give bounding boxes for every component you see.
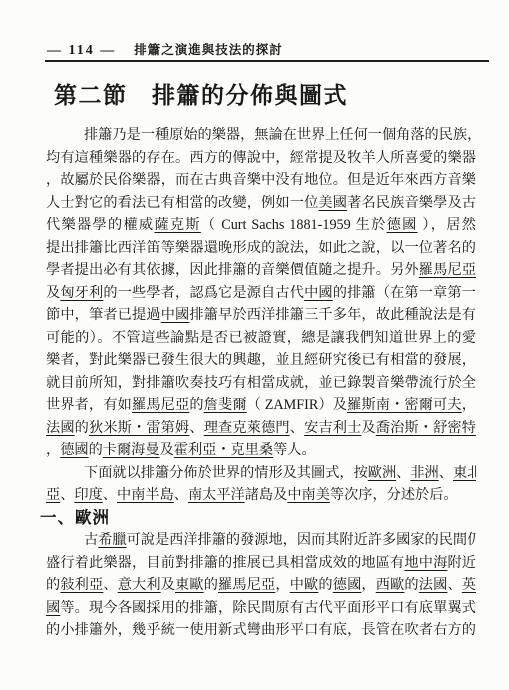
text-line: 學者提出必有其依據，因此排簫的音樂價值隨之提升。另外羅馬尼亞 xyxy=(46,259,476,282)
proper-noun-underlined: 國 xyxy=(46,600,60,616)
proper-noun-underlined: 德國 xyxy=(60,442,88,458)
text-segment: 的排簫（在第一章第一 xyxy=(333,285,476,301)
proper-noun-underlined: 地中海 xyxy=(404,555,447,571)
text-line: 世界者，有如羅馬尼亞的詹斐爾（ ZAMFIR）及羅斯南・密爾可夫， xyxy=(46,394,476,417)
text-segment: 的 xyxy=(318,577,332,593)
text-segment: 可能的）。不管這些論點是否已被證實，總是讓我們知道世界上的愛 xyxy=(46,330,476,346)
proper-noun-underlined: 希臘 xyxy=(98,532,126,548)
text-segment: ， xyxy=(46,442,60,458)
text-segment: 均有這種樂器的存在。西方的傳說中，經常提及牧羊人所喜愛的樂器 xyxy=(46,150,476,166)
text-segment: 、 xyxy=(60,487,74,503)
text-segment: 及 xyxy=(46,285,60,301)
text-line: 法國的狄米斯・雷第姆、理查克萊德門、安吉利士及喬治斯・舒密特 xyxy=(46,417,476,440)
proper-noun-underlined: 東歐 xyxy=(175,577,204,593)
text-line: 樂者，對此樂器已發生很大的興趣，並且經研究後已有相當的發展， xyxy=(46,349,476,372)
text-segment: 人士對它的看法已有相當的改變，例如一位 xyxy=(46,195,318,211)
proper-noun-underlined: 歐洲 xyxy=(368,465,396,481)
proper-noun-underlined: 理查克萊德門 xyxy=(204,420,290,436)
text-segment: 的 xyxy=(46,577,60,593)
text-segment: （ Curt Sachs 1881-1959 生於 xyxy=(201,217,387,233)
text-segment: 的小排簫外，幾乎統一使用新式彎曲形平口有底，長管在吹者右方的 xyxy=(46,622,476,638)
text-segment: 及 xyxy=(160,442,174,458)
text-segment: 、 xyxy=(189,420,203,436)
text-segment: 的 xyxy=(189,397,203,413)
proper-noun-underlined: 印度 xyxy=(74,487,102,503)
subsection-heading: 一、歐洲 xyxy=(40,507,476,530)
proper-noun-underlined: 羅馬尼亞 xyxy=(419,262,476,278)
running-title: 排簫之演進與技法的探討 xyxy=(134,40,283,58)
text-line: 下面就以排簫分佈於世界的情形及其圖式，按歐洲、非洲、東北 xyxy=(46,462,476,485)
text-segment: 樂者，對此樂器已發生很大的興趣，並且經研究後已有相當的發展， xyxy=(46,352,476,368)
text-segment: 等次序，分述於后。 xyxy=(330,487,458,503)
text-segment: ， xyxy=(361,577,375,593)
text-segment: 一、歐洲 xyxy=(40,508,110,527)
header-rule xyxy=(45,60,489,62)
text-line: 可能的）。不管這些論點是否已被證實，總是讓我們知道世界上的愛 xyxy=(46,327,476,350)
text-segment: ，故屬於民俗樂器，而在古典音樂中没有地位。但是近年來西方音樂 xyxy=(46,172,476,188)
text-segment: 節中，筆者已提過 xyxy=(46,307,161,323)
text-segment: 古 xyxy=(84,532,98,548)
text-line: 均有這種樂器的存在。西方的傳說中，經常提及牧羊人所喜愛的樂器 xyxy=(46,147,476,170)
text-segment: 等人。 xyxy=(273,442,316,458)
proper-noun-underlined: 東北 xyxy=(453,465,476,481)
text-segment: 、 xyxy=(103,577,117,593)
proper-noun-underlined: 霍利亞・克里桑 xyxy=(174,442,273,458)
text-segment: 學者提出必有其依據，因此排簫的音樂價值隨之提升。另外 xyxy=(46,262,419,278)
text-line: 人士對它的看法已有相當的改變，例如一位美國著名民族音樂學及古 xyxy=(46,192,476,215)
proper-noun-underlined: 詹斐爾 xyxy=(204,397,247,413)
proper-noun-underlined: 意大利 xyxy=(118,577,161,593)
text-segment: 排簫乃是一種原始的樂器，無論在世界上任何一個角落的民族， xyxy=(84,127,476,143)
text-line: 盛行着此樂器，目前對排簫的推展已具相當成效的地區有地中海附近 xyxy=(46,552,476,575)
text-segment: 盛行着此樂器，目前對排簫的推展已具相當成效的地區有 xyxy=(46,555,404,571)
text-line: ，故屬於民俗樂器，而在古典音樂中没有地位。但是近年來西方音樂 xyxy=(46,169,476,192)
text-line: 就目前所知，對排簫吹奏技巧有相當成就，並已錄製音樂帶流行於全 xyxy=(46,372,476,395)
text-segment: 、 xyxy=(439,465,453,481)
text-line: 代樂器學的權威薩克斯（ Curt Sachs 1881-1959 生於德國 ），… xyxy=(46,214,476,237)
proper-noun-underlined: 非洲 xyxy=(410,465,438,481)
text-segment: 的 xyxy=(75,420,89,436)
proper-noun-underlined: 狄米斯・雷第姆 xyxy=(89,420,189,436)
proper-noun-underlined: 中歐 xyxy=(290,577,319,593)
proper-noun-underlined: 西歐 xyxy=(376,577,405,593)
proper-noun-underlined: 薩克斯 xyxy=(154,217,200,233)
proper-noun-underlined: 法國 xyxy=(419,577,448,593)
text-segment: 著名民族音樂學及古 xyxy=(347,195,476,211)
text-line: 的小排簫外，幾乎統一使用新式彎曲形平口有底，長管在吹者右方的 xyxy=(46,619,476,642)
text-segment: 排簫早於西洋排簫三千多年，故此種說法是有 xyxy=(189,307,476,323)
text-segment: 世界者，有如 xyxy=(46,397,132,413)
proper-noun-underlined: 美國 xyxy=(318,195,347,211)
proper-noun-underlined: 法國 xyxy=(46,420,75,436)
text-line: 提出排簫比西洋笛等樂器還晚形成的說法，如此之說，以一位著名的 xyxy=(46,237,476,260)
text-segment: 、 xyxy=(290,420,304,436)
proper-noun-underlined: 羅馬尼亞 xyxy=(218,577,275,593)
text-segment: ），居然 xyxy=(418,217,476,233)
scanned-book-page: — 114 — 排簫之演進與技法的探討 第二節 排簫的分佈與圖式 排簫乃是一種原… xyxy=(0,0,509,690)
text-segment: 、 xyxy=(103,487,117,503)
proper-noun-underlined: 中南半島 xyxy=(117,487,174,503)
text-segment: 及 xyxy=(361,420,375,436)
proper-noun-underlined: 匈牙利 xyxy=(60,285,103,301)
page-number: — 114 — xyxy=(47,43,116,59)
text-segment: 下面就以排簫分佈於世界的情形及其圖式，按 xyxy=(84,465,368,481)
proper-noun-underlined: 中國 xyxy=(304,285,333,301)
text-segment: 、 xyxy=(174,487,188,503)
proper-noun-underlined: 德國 xyxy=(333,577,362,593)
text-segment: 附近 xyxy=(447,555,476,571)
text-line: 及匈牙利的一些學者，認爲它是源自古代中國的排簫（在第一章第一 xyxy=(46,282,476,305)
text-line: 的敍利亞、意大利及東歐的羅馬尼亞，中歐的德國，西歐的法國、英 xyxy=(46,574,476,597)
text-segment: 代樂器學的權威 xyxy=(46,217,154,233)
section-title: 第二節 排簫的分佈與圖式 xyxy=(54,77,348,110)
text-segment: 的 xyxy=(204,577,218,593)
body-text: 排簫乃是一種原始的樂器，無論在世界上任何一個角落的民族，均有這種樂器的存在。西方… xyxy=(46,124,476,642)
text-segment: ， xyxy=(462,397,476,413)
proper-noun-underlined: 安吉利士 xyxy=(304,420,361,436)
text-line: 古希臘可說是西洋排簫的發源地，因而其附近許多國家的民間仍 xyxy=(46,529,476,552)
proper-noun-underlined: 南太平洋 xyxy=(188,487,245,503)
text-segment: 的 xyxy=(89,442,103,458)
proper-noun-underlined: 中南美 xyxy=(287,487,330,503)
proper-noun-underlined: 羅馬尼亞 xyxy=(132,397,189,413)
text-segment: 、 xyxy=(396,465,410,481)
text-segment: 諸島及 xyxy=(245,487,288,503)
proper-noun-underlined: 喬治斯・舒密特 xyxy=(376,420,476,436)
proper-noun-underlined: 敍利亞 xyxy=(60,577,103,593)
proper-noun-underlined: 英 xyxy=(462,577,476,593)
text-segment: 的一些學者，認爲它是源自古代 xyxy=(103,285,304,301)
page-header: — 114 — 排簫之演進與技法的探討 xyxy=(47,40,283,59)
text-line: 排簫乃是一種原始的樂器，無論在世界上任何一個角落的民族， xyxy=(46,124,476,147)
text-segment: （ ZAMFIR）及 xyxy=(247,397,347,413)
proper-noun-underlined: 中國 xyxy=(161,307,190,323)
text-line: ，德國的卡爾海曼及霍利亞・克里桑等人。 xyxy=(46,439,476,462)
text-segment: 的 xyxy=(404,577,418,593)
text-segment: 提出排簫比西洋笛等樂器還晚形成的說法，如此之說，以一位著名的 xyxy=(46,240,476,256)
text-segment: ， xyxy=(275,577,289,593)
text-segment: 就目前所知，對排簫吹奏技巧有相當成就，並已錄製音樂帶流行於全 xyxy=(46,375,476,391)
proper-noun-underlined: 亞 xyxy=(46,487,60,503)
text-segment: 及 xyxy=(161,577,175,593)
text-line: 亞、印度、中南半島、南太平洋諸島及中南美等次序，分述於后。 xyxy=(46,484,476,507)
proper-noun-underlined: 卡爾海曼 xyxy=(103,442,160,458)
proper-noun-underlined: 羅斯南・密爾可夫 xyxy=(347,397,462,413)
text-segment: 、 xyxy=(447,577,461,593)
text-segment: 可說是西洋排簫的發源地，因而其附近許多國家的民間仍 xyxy=(127,532,476,548)
text-line: 節中，筆者已提過中國排簫早於西洋排簫三千多年，故此種說法是有 xyxy=(46,304,476,327)
proper-noun-underlined: 德國 xyxy=(387,217,418,233)
text-segment: 等。現今各國採用的排簫，除民間原有古代平面形平口有底單翼式 xyxy=(60,600,476,616)
text-line: 國等。現今各國採用的排簫，除民間原有古代平面形平口有底單翼式 xyxy=(46,597,476,620)
